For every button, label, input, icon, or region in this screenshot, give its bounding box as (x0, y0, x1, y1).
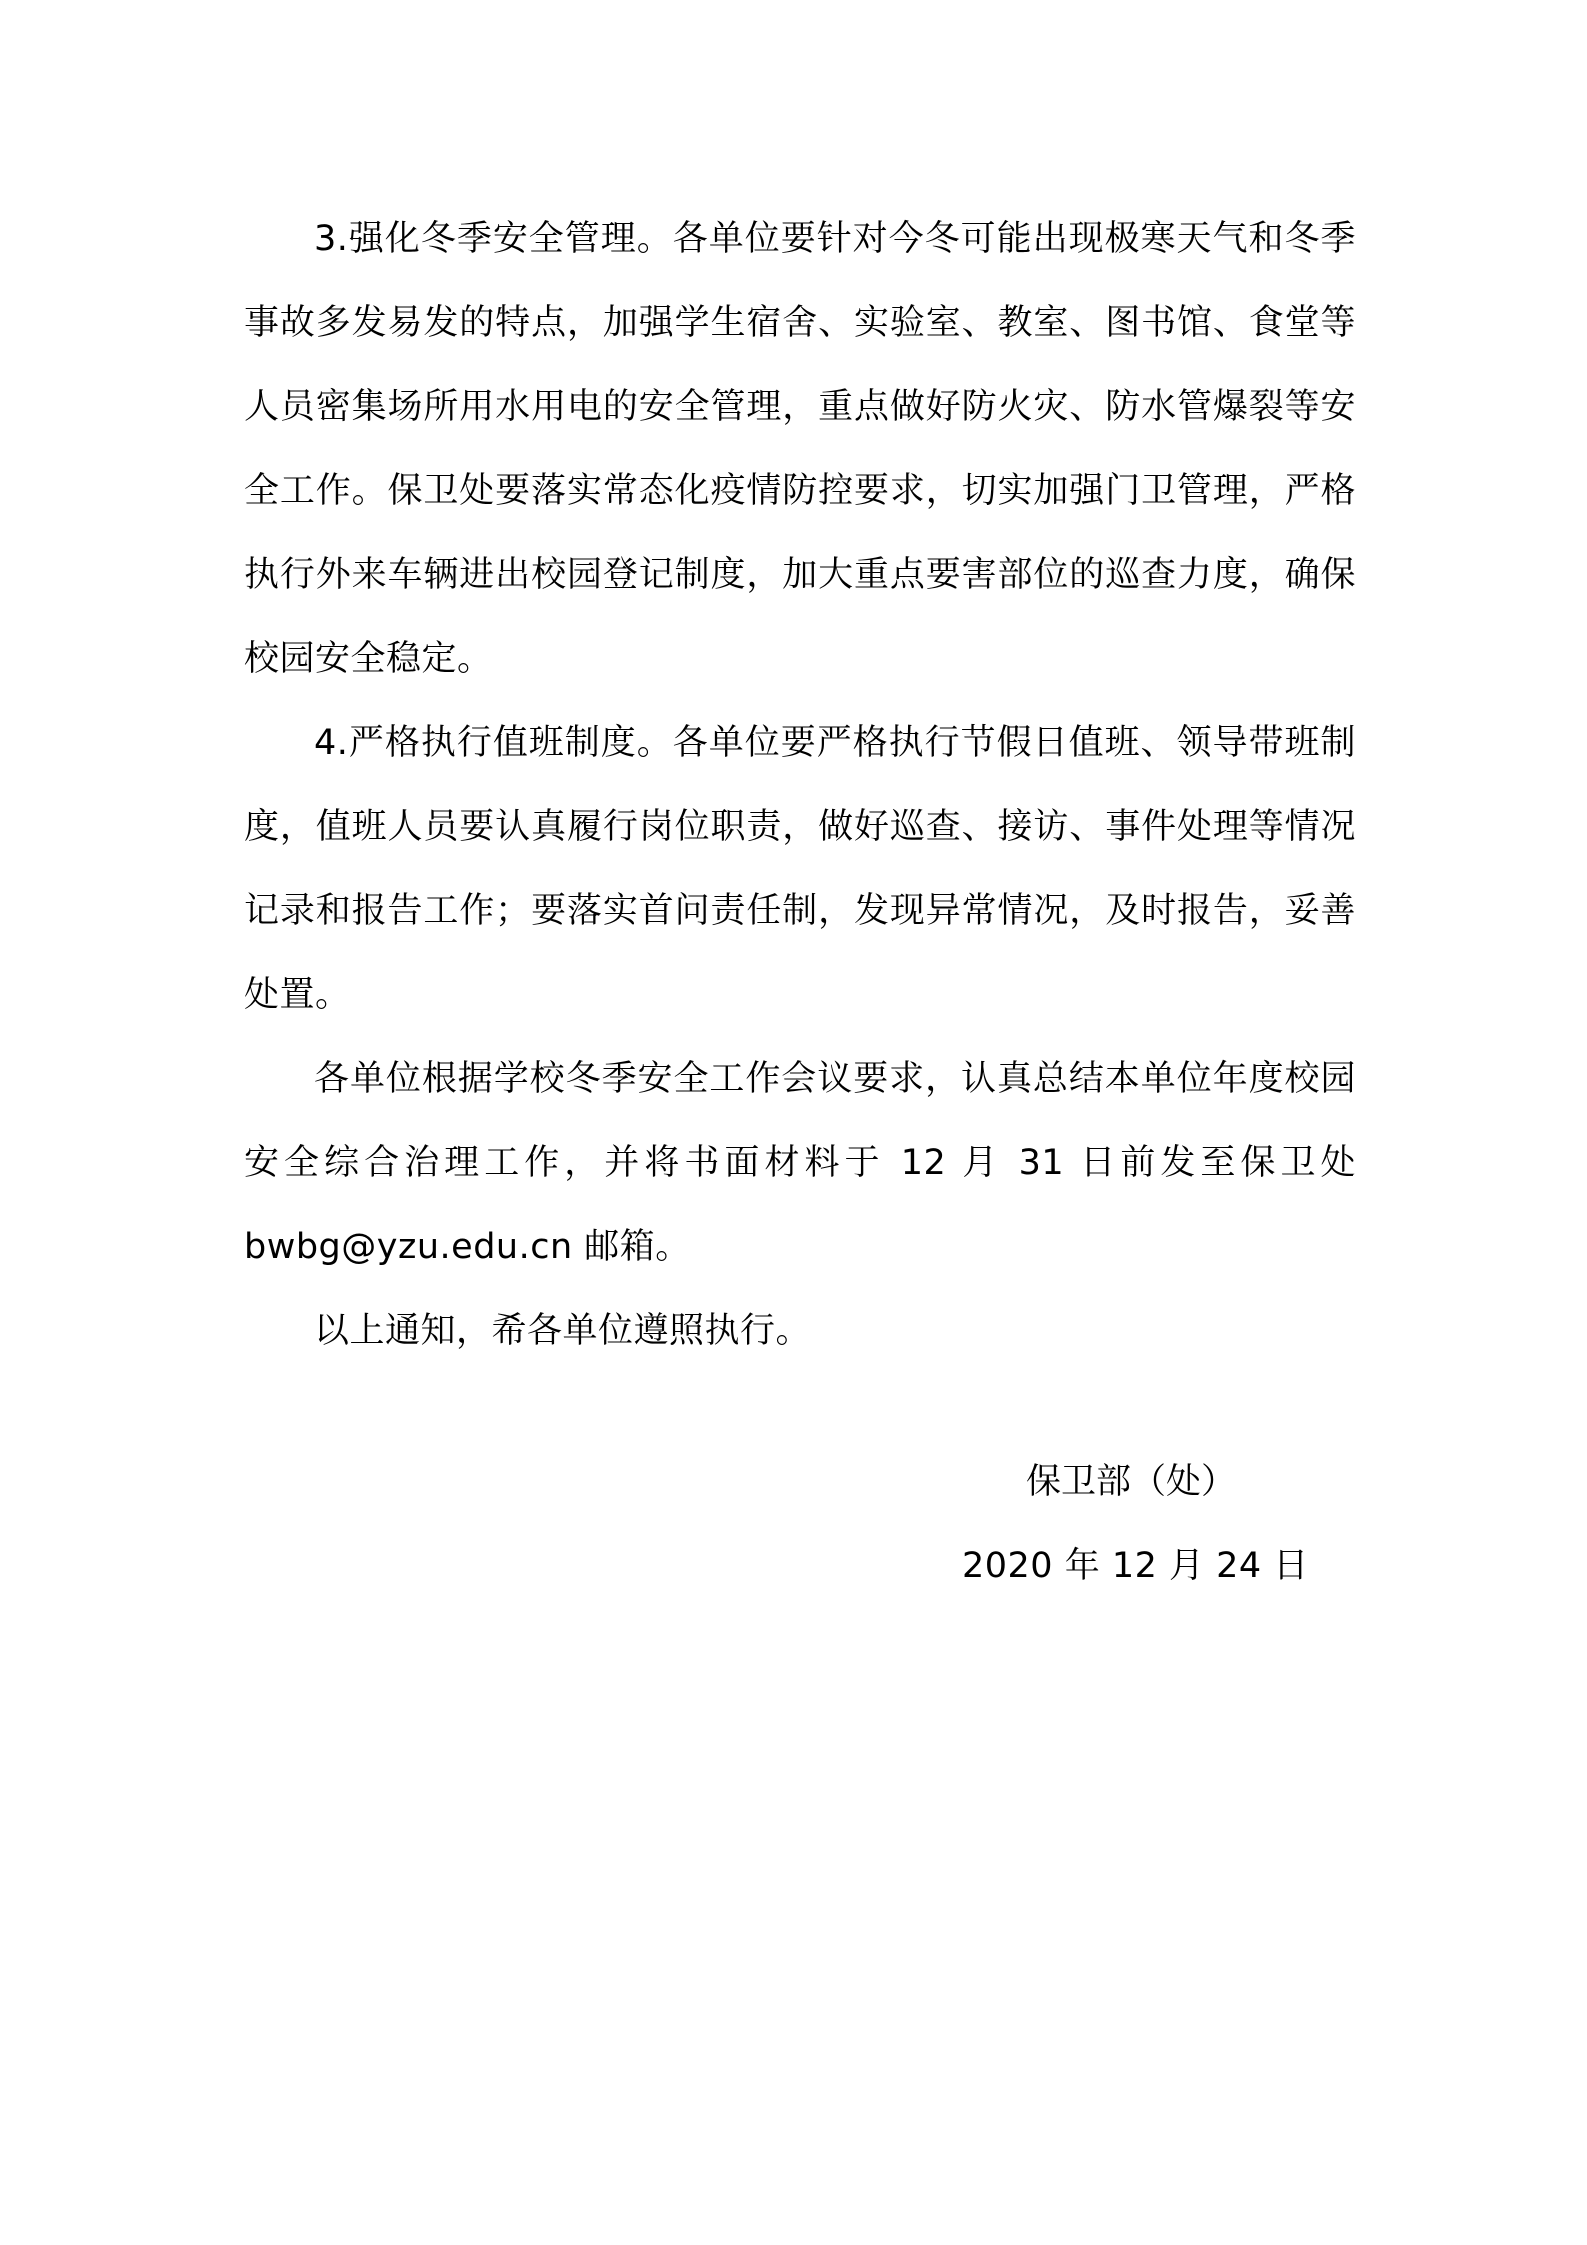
document-page: 3.强化冬季安全管理。各单位要针对今冬可能出现极寒天气和冬季事故多发易发的特点，… (0, 0, 1587, 2245)
paragraph-summary-submission: 各单位根据学校冬季安全工作会议要求，认真总结本单位年度校园安全综合治理工作，并将… (244, 1037, 1356, 1289)
issuing-department: 保卫部（处） (1026, 1440, 1236, 1524)
paragraph-closing-notice: 以上通知，希各单位遵照执行。 (244, 1289, 1356, 1373)
issue-date: 2020 年 12 月 24 日 (962, 1524, 1309, 1608)
paragraph-duty-system: 4.严格执行值班制度。各单位要严格执行节假日值班、领导带班制度，值班人员要认真履… (244, 701, 1356, 1037)
document-body: 3.强化冬季安全管理。各单位要针对今冬可能出现极寒天气和冬季事故多发易发的特点，… (244, 197, 1356, 1373)
paragraph-winter-safety: 3.强化冬季安全管理。各单位要针对今冬可能出现极寒天气和冬季事故多发易发的特点，… (244, 197, 1356, 701)
